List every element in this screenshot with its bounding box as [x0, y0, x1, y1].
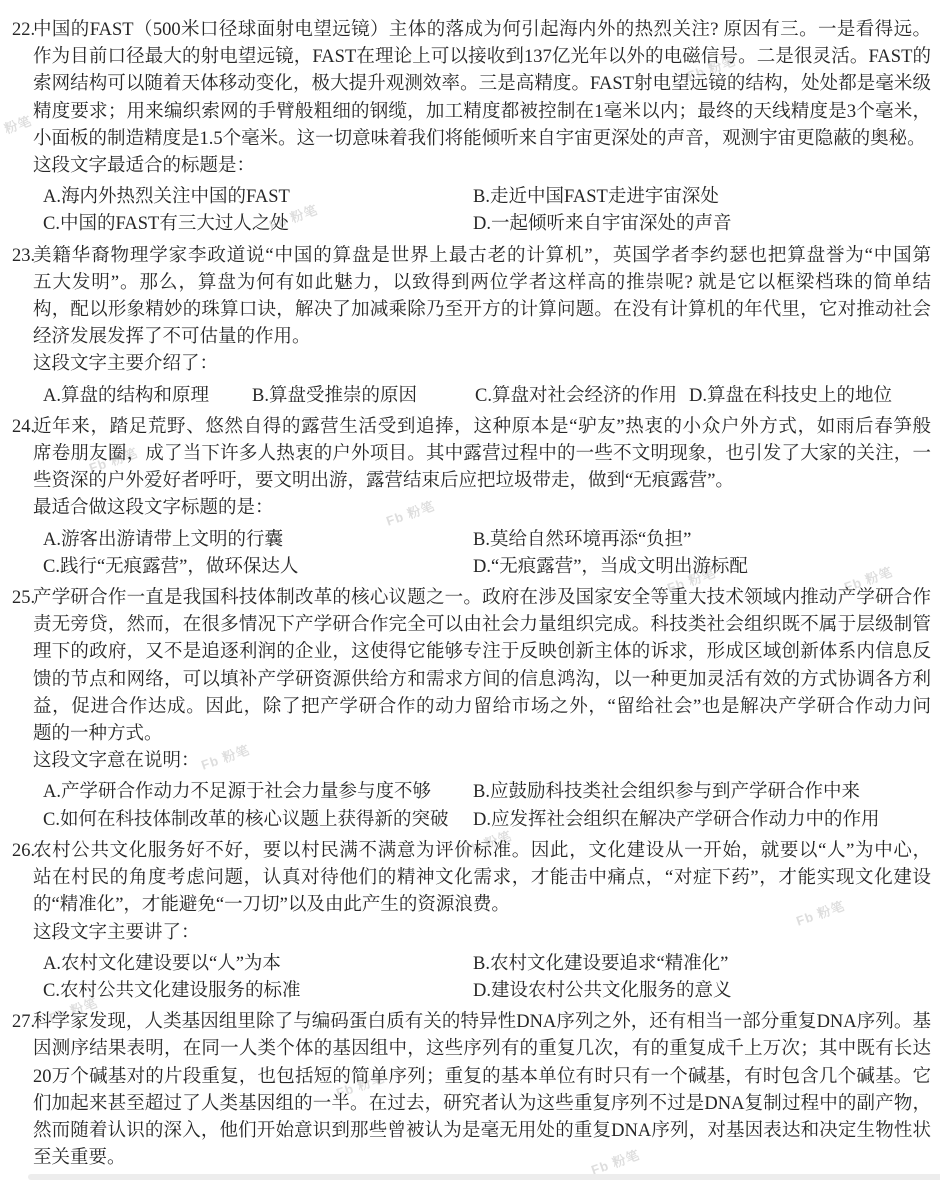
question-text-line: 们加起来甚至超过了人类基因组的一半。在过去，研究者认为这些重复序列不过是DNA复…	[33, 1091, 931, 1118]
question-text-line: 的“精准化”，才能避免“一刀切”以及由此产生的资源浪费。	[33, 892, 931, 919]
option-d: D.“无痕露营”，当成文明出游标配	[473, 554, 931, 581]
question-list: 22. 中国的FAST（500米口径球面射电望远镜）主体的落成为何引起海内外的热…	[0, 0, 940, 1172]
option-c: C.践行“无痕露营”，做环保达人	[43, 554, 473, 581]
option-list: A.算盘的结构和原理B.算盘受推崇的原因C.算盘对社会经济的作用D.算盘在科技史…	[43, 383, 931, 410]
question-number: 26.	[12, 838, 35, 865]
question-text-line: 因测序结果表明，在同一人类个体的基因组中，这些序列有的重复几次，有的重复成千上万…	[33, 1036, 931, 1063]
question-number: 23.	[12, 243, 35, 270]
question-number: 27.	[12, 1009, 35, 1036]
option-b: B.走近中国FAST走进宇宙深处	[473, 184, 931, 211]
question-prompt: 这段文字意在说明：	[33, 748, 931, 775]
option-list: A.农村文化建设要以“人”为本B.农村文化建设要追求“精准化”C.农村公共文化建…	[43, 951, 931, 1005]
question-text-line: 至关重要。	[33, 1145, 931, 1172]
option-d: D.建设农村公共文化服务的意义	[473, 978, 931, 1005]
question-lines: 农村公共文化服务好不好，要以村民满不满意为评价标准。因此，文化建设从一开始，就要…	[33, 838, 931, 920]
option-a: A.游客出游请带上文明的行囊	[43, 527, 473, 554]
question-text-line: 站在村民的角度考虑问题，认真对待他们的精神文化需求，才能击中痛点，“对症下药”，…	[33, 865, 931, 892]
question-lines: 美籍华裔物理学家李政道说“中国的算盘是世界上最古老的计算机”，英国学者李约瑟也把…	[33, 243, 931, 352]
question-text-line: 农村公共文化服务好不好，要以村民满不满意为评价标准。因此，文化建设从一开始，就要…	[33, 838, 931, 865]
question-item: 27. 科学家发现，人类基因组里除了与编码蛋白质有关的特异性DNA序列之外，还有…	[0, 1009, 940, 1172]
question-text-line: 美籍华裔物理学家李政道说“中国的算盘是世界上最古老的计算机”，英国学者李约瑟也把…	[33, 243, 931, 270]
option-a: A.海内外热烈关注中国的FAST	[43, 184, 473, 211]
question-text-line: 产学研合作一直是我国科技体制改革的核心议题之一。政府在涉及国家安全等重大技术领域…	[33, 585, 931, 612]
question-lines: 产学研合作一直是我国科技体制改革的核心议题之一。政府在涉及国家安全等重大技术领域…	[33, 585, 931, 748]
option-a: A.算盘的结构和原理	[43, 383, 252, 410]
exam-page: Fb 粉笔Fb 粉笔Fb 粉笔Fb 粉笔Fb 粉笔Fb 粉笔Fb 粉笔Fb 粉笔…	[0, 0, 940, 1180]
question-item: 22. 中国的FAST（500米口径球面射电望远镜）主体的落成为何引起海内外的热…	[0, 17, 940, 239]
question-text-line: 然而随着认识的深入，他们开始意识到那些曾被认为是毫无用处的重复DNA序列，对基因…	[33, 1118, 931, 1145]
option-c: C.农村公共文化建设服务的标准	[43, 978, 473, 1005]
question-item: 26. 农村公共文化服务好不好，要以村民满不满意为评价标准。因此，文化建设从一开…	[0, 838, 940, 1005]
question-number: 25.	[12, 585, 35, 612]
question-text-line: 题的一种方式。	[33, 721, 931, 748]
question-text-line: 责无旁贷，然而，在很多情况下产学研合作完全可以由社会力量组织完成。科技类社会组织…	[33, 612, 931, 639]
question-text-line: 精度要求；用来编织索网的手臂般粗细的钢缆，加工精度都被控制在1毫米以内；最终的天…	[33, 99, 931, 126]
question-text-line: 近年来，踏足荒野、悠然自得的露营生活受到追捧，这种原本是“驴友”热衷的小众户外方…	[33, 414, 931, 441]
question-number: 24.	[12, 414, 35, 441]
option-b: B.农村文化建设要追求“精准化”	[473, 951, 931, 978]
question-lines: 科学家发现，人类基因组里除了与编码蛋白质有关的特异性DNA序列之外，还有相当一部…	[33, 1009, 931, 1172]
option-list: A.产学研合作动力不足源于社会力量参与度不够B.应鼓励科技类社会组织参与到产学研…	[43, 779, 931, 833]
question-text-line: 五大发明”。那么，算盘为何有如此魅力，以致得到两位学者这样高的推崇呢? 就是它以…	[33, 270, 931, 297]
question-text-line: 中国的FAST（500米口径球面射电望远镜）主体的落成为何引起海内外的热烈关注?…	[33, 17, 931, 44]
question-prompt: 这段文字主要讲了：	[33, 920, 931, 947]
option-b: B.应鼓励科技类社会组织参与到产学研合作中来	[473, 779, 931, 806]
option-list: A.游客出游请带上文明的行囊B.莫给自然环境再添“负担”C.践行“无痕露营”，做…	[43, 527, 931, 581]
question-text-line: 构，配以形象精妙的珠算口诀，解决了加减乘除乃至开方的计算问题。在没有计算机的年代…	[33, 297, 931, 324]
bottom-divider	[28, 1174, 940, 1180]
question-text-line: 馈的节点和网络，可以填补产学研资源供给方和需求方间的信息鸿沟，以一种更加灵活有效…	[33, 667, 931, 694]
question-text-line: 科学家发现，人类基因组里除了与编码蛋白质有关的特异性DNA序列之外，还有相当一部…	[33, 1009, 931, 1036]
question-text-line: 席卷朋友圈，成了当下许多人热衷的户外项目。其中露营过程中的一些不文明现象，也引发…	[33, 441, 931, 468]
option-list: A.海内外热烈关注中国的FASTB.走近中国FAST走进宇宙深处C.中国的FAS…	[43, 184, 931, 238]
option-b: B.莫给自然环境再添“负担”	[473, 527, 931, 554]
question-prompt: 这段文字最适合的标题是：	[33, 153, 931, 180]
option-c: C.算盘对社会经济的作用	[475, 383, 689, 410]
question-text-line: 理下的政府，又不是追逐利润的企业，这使得它能够专注于反映创新主体的诉求，形成区域…	[33, 639, 931, 666]
question-prompt: 这段文字主要介绍了：	[33, 351, 931, 378]
question-number: 22.	[12, 17, 35, 44]
option-d: D.应发挥社会组织在解决产学研合作动力中的作用	[473, 807, 931, 834]
question-item: 23. 美籍华裔物理学家李政道说“中国的算盘是世界上最古老的计算机”，英国学者李…	[0, 243, 940, 410]
option-c: C.中国的FAST有三大过人之处	[43, 211, 473, 238]
question-prompt: 最适合做这段文字标题的是：	[33, 495, 931, 522]
question-item: 24. 近年来，踏足荒野、悠然自得的露营生活受到追捧，这种原本是“驴友”热衷的小…	[0, 414, 940, 581]
question-text-line: 益，促进合作达成。因此，除了把产学研合作的动力留给市场之外，“留给社会”也是解决…	[33, 694, 931, 721]
question-lines: 近年来，踏足荒野、悠然自得的露营生活受到追捧，这种原本是“驴友”热衷的小众户外方…	[33, 414, 931, 496]
question-text-line: 些资深的户外爱好者呼吁，要文明出游，露营结束后应把垃圾带走，做到“无痕露营”。	[33, 468, 931, 495]
option-d: D.一起倾听来自宇宙深处的声音	[473, 211, 931, 238]
question-text-line: 小面板的制造精度是1.5个毫米。这一切意味着我们将能倾听来自宇宙更深处的声音，观…	[33, 126, 931, 153]
question-text-line: 索网结构可以随着天体移动变化，极大提升观测效率。三是高精度。FAST射电望远镜的…	[33, 71, 931, 98]
question-lines: 中国的FAST（500米口径球面射电望远镜）主体的落成为何引起海内外的热烈关注?…	[33, 17, 931, 153]
question-text-line: 20万个碱基对的片段重复，也包括短的简单序列；重复的基本单位有时只有一个碱基，有…	[33, 1064, 931, 1091]
question-text-line: 作为目前口径最大的射电望远镜，FAST在理论上可以接收到137亿光年以外的电磁信…	[33, 44, 931, 71]
option-c: C.如何在科技体制改革的核心议题上获得新的突破	[43, 807, 473, 834]
option-a: A.农村文化建设要以“人”为本	[43, 951, 473, 978]
question-text-line: 经济发展发挥了不可估量的作用。	[33, 324, 931, 351]
option-d: D.算盘在科技史上的地位	[689, 383, 931, 410]
option-b: B.算盘受推崇的原因	[252, 383, 475, 410]
option-a: A.产学研合作动力不足源于社会力量参与度不够	[43, 779, 473, 806]
question-item: 25. 产学研合作一直是我国科技体制改革的核心议题之一。政府在涉及国家安全等重大…	[0, 585, 940, 834]
